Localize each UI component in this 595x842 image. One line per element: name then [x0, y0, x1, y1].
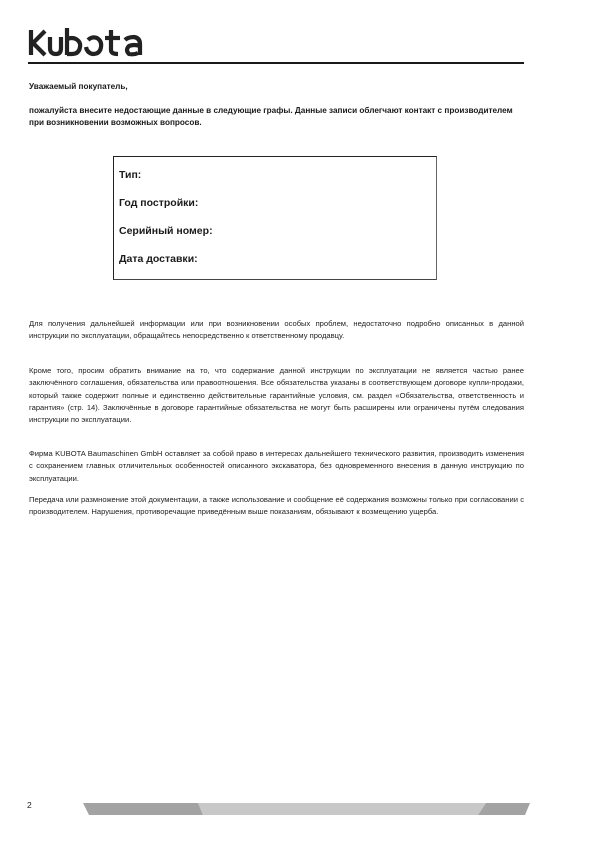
paragraph-changes: Фирма KUBOTA Baumaschinen GmbH оставляет…: [29, 448, 524, 485]
header-rule: [28, 62, 524, 64]
footer-decorative-bar: [0, 801, 595, 815]
greeting: Уважаемый покупатель,: [29, 82, 128, 91]
owner-data-form: Тип: Год постройки: Серийный номер: Дата…: [113, 156, 437, 280]
kubota-logo: [28, 26, 158, 58]
intro-text: пожалуйста внесите недостающие данные в …: [29, 105, 529, 129]
field-delivery-label: Дата доставки:: [119, 253, 198, 265]
field-type-label: Тип:: [119, 169, 141, 181]
field-serial-label: Серийный номер:: [119, 225, 213, 237]
paragraph-warranty: Кроме того, просим обратить внимание на …: [29, 365, 524, 426]
field-year-label: Год постройки:: [119, 197, 198, 209]
paragraph-copyright: Передача или размножение этой документац…: [29, 494, 524, 519]
paragraph-info: Для получения дальнейшей информации или …: [29, 318, 524, 343]
kubota-logo-icon: [28, 26, 158, 58]
